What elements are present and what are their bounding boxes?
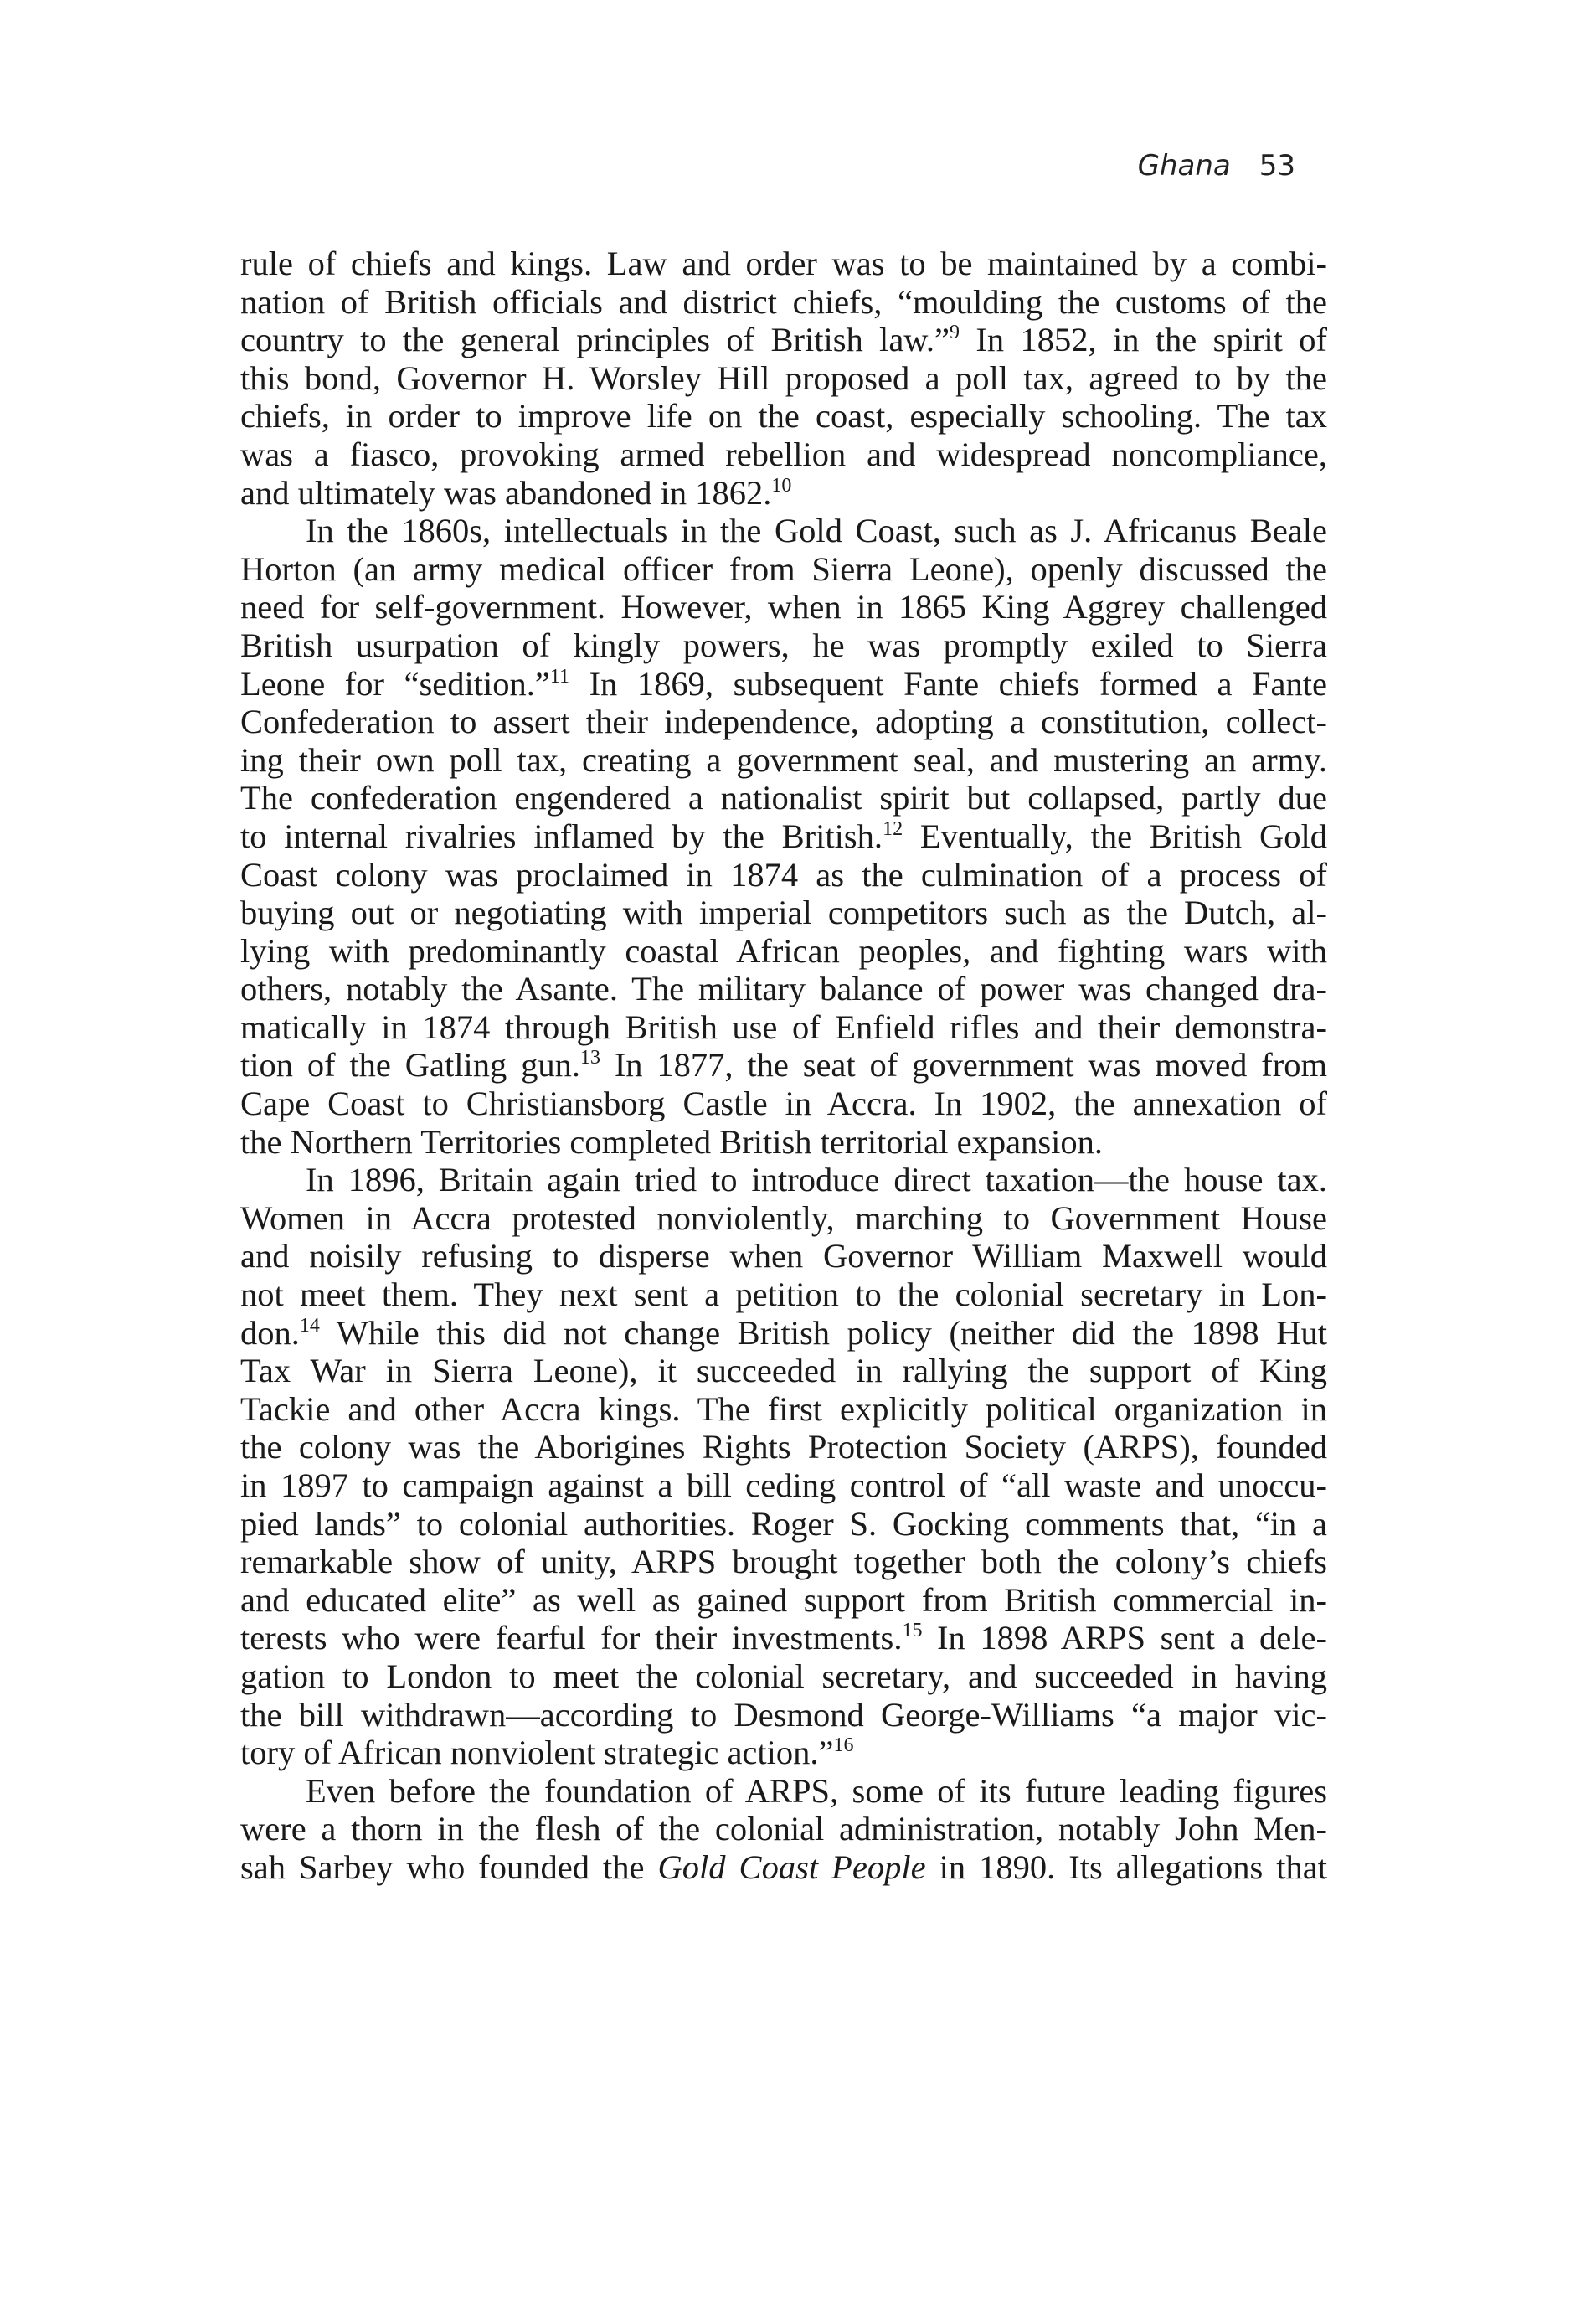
footnote-ref[interactable]: 13 — [580, 1047, 600, 1069]
footnote-ref[interactable]: 9 — [950, 322, 960, 343]
footnote-ref[interactable]: 16 — [834, 1734, 854, 1756]
text-line: Horton (an army medical officer from Sie… — [240, 550, 1327, 589]
footnote-ref[interactable]: 12 — [883, 818, 903, 840]
text-line: Cape Coast to Christiansborg Castle in A… — [240, 1085, 1327, 1123]
text-line: sah Sarbey who founded the Gold Coast Pe… — [240, 1848, 1327, 1887]
text-line: Even before the foundation of ARPS, some… — [240, 1772, 1327, 1811]
page-number: 53 — [1259, 149, 1295, 183]
text-line: and educated elite” as well as gained su… — [240, 1581, 1327, 1620]
text-line: Tackie and other Accra kings. The first … — [240, 1390, 1327, 1429]
text-line: rule of chiefs and kings. Law and order … — [240, 245, 1327, 283]
text-line: Women in Accra protested nonviolently, m… — [240, 1199, 1327, 1238]
text-line: don.14 While this did not change British… — [240, 1314, 1327, 1353]
text-line: Tax War in Sierra Leone), it succeeded i… — [240, 1352, 1327, 1390]
text-line: the colony was the Aborigines Rights Pro… — [240, 1428, 1327, 1466]
text-line: chiefs, in order to improve life on the … — [240, 397, 1327, 435]
text-line: need for self-government. However, when … — [240, 588, 1327, 626]
text-line: country to the general principles of Bri… — [240, 321, 1327, 359]
chapter-title: Ghana — [1138, 149, 1231, 183]
text-line: matically in 1874 through British use of… — [240, 1008, 1327, 1047]
text-line: and noisily refusing to disperse when Go… — [240, 1237, 1327, 1275]
text-line: British usurpation of kingly powers, he … — [240, 626, 1327, 665]
text-line: tion of the Gatling gun.13 In 1877, the … — [240, 1046, 1327, 1085]
text-line: was a fiasco, provoking armed rebellion … — [240, 435, 1327, 474]
text-line: Confederation to assert their independen… — [240, 703, 1327, 741]
text-line: buying out or negotiating with imperial … — [240, 894, 1327, 932]
text-line: this bond, Governor H. Worsley Hill prop… — [240, 359, 1327, 398]
footnote-ref[interactable]: 15 — [902, 1620, 922, 1641]
text-line: others, notably the Asante. The military… — [240, 970, 1327, 1008]
footnote-ref[interactable]: 14 — [300, 1315, 320, 1337]
text-line: tory of African nonviolent strategic act… — [240, 1734, 1327, 1772]
text-line: remarkable show of unity, ARPS brought t… — [240, 1543, 1327, 1581]
body-text: rule of chiefs and kings. Law and order … — [240, 245, 1327, 1887]
text-line: and ultimately was abandoned in 1862.10 — [240, 474, 1327, 513]
text-line: gation to London to meet the colonial se… — [240, 1657, 1327, 1696]
text-line: In the 1860s, intellectuals in the Gold … — [240, 512, 1327, 550]
text-line: pied lands” to colonial authorities. Rog… — [240, 1505, 1327, 1543]
running-head: Ghana 53 — [1138, 149, 1295, 183]
text-line: were a thorn in the flesh of the colonia… — [240, 1810, 1327, 1848]
publication-title: Gold Coast People — [658, 1848, 926, 1886]
text-line: not meet them. They next sent a petition… — [240, 1275, 1327, 1314]
text-line: to internal rivalries inflamed by the Br… — [240, 817, 1327, 856]
text-line: lying with predominantly coastal African… — [240, 932, 1327, 971]
text-line: nation of British officials and district… — [240, 283, 1327, 322]
text-line: The confederation engendered a nationali… — [240, 779, 1327, 817]
text-line: the bill withdrawn—according to Desmond … — [240, 1696, 1327, 1734]
text-line: In 1896, Britain again tried to introduc… — [240, 1161, 1327, 1199]
text-line: Coast colony was proclaimed in 1874 as t… — [240, 856, 1327, 894]
text-line: terests who were fearful for their inves… — [240, 1619, 1327, 1657]
footnote-ref[interactable]: 10 — [771, 475, 791, 497]
footnote-ref[interactable]: 11 — [550, 666, 569, 688]
text-line: ing their own poll tax, creating a gover… — [240, 741, 1327, 780]
text-line: in 1897 to campaign against a bill cedin… — [240, 1466, 1327, 1505]
text-line: Leone for “sedition.”11 In 1869, subsequ… — [240, 665, 1327, 703]
text-line: the Northern Territories completed Briti… — [240, 1123, 1327, 1162]
